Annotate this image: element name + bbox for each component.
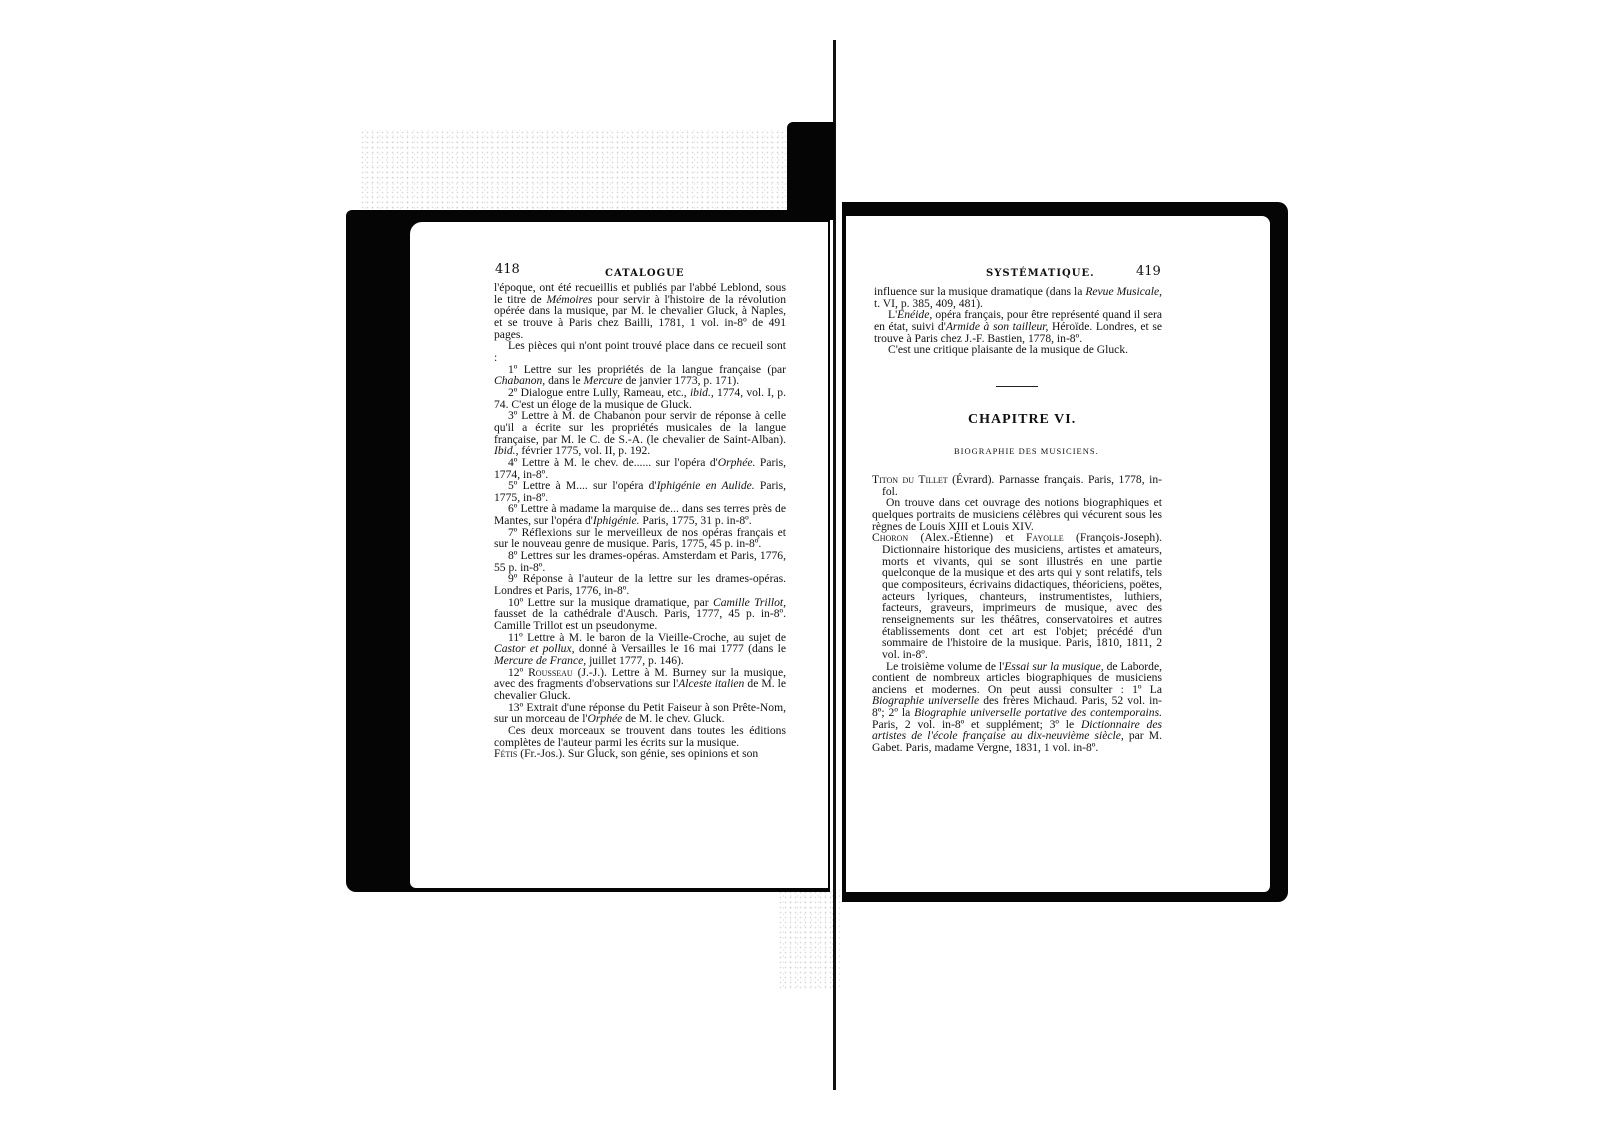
paragraph: C'est une critique plaisante de la musiq… <box>874 344 1162 356</box>
left-running-head: CATALOGUE <box>605 268 684 279</box>
paragraph: Le troisième volume de l'Essai sur la mu… <box>872 661 1162 754</box>
paragraph: 2º Dialogue entre Lully, Rameau, etc., i… <box>494 387 786 410</box>
paragraph: Fétis (Fr.-Jos.). Sur Gluck, son génie, … <box>494 748 786 760</box>
paragraph: 10º Lettre sur la musique dramatique, pa… <box>494 597 786 632</box>
paragraph: 6º Lettre à madame la marquise de... dan… <box>494 503 786 526</box>
paragraph: 11º Lettre à M. le baron de la Vieille-C… <box>494 632 786 667</box>
paragraph: Choron (Alex.-Étienne) et Fayolle (Franç… <box>872 532 1162 660</box>
paragraph: 12º Rousseau (J.-J.). Lettre à M. Burney… <box>494 667 786 702</box>
right-running-head: SYSTÉMATIQUE. <box>986 268 1095 279</box>
book-spine-top <box>787 122 835 220</box>
scan-noise-top <box>360 130 790 215</box>
paragraph: 5º Lettre à M.... sur l'opéra d'Iphigéni… <box>494 480 786 503</box>
paragraph: 4º Lettre à M. le chev. de...... sur l'o… <box>494 457 786 480</box>
left-page-body: l'époque, ont été recueillis et publiés … <box>494 282 786 760</box>
left-page-number: 418 <box>495 262 520 277</box>
paragraph: Titon du Tillet (Évrard). Parnasse franç… <box>872 474 1162 497</box>
paragraph: Les pièces qui n'ont point trouvé place … <box>494 340 786 363</box>
paragraph: influence sur la musique dramatique (dan… <box>874 286 1162 309</box>
paragraph: 8º Lettres sur les drames-opéras. Amster… <box>494 550 786 573</box>
paragraph: 13º Extrait d'une réponse du Petit Faise… <box>494 702 786 725</box>
paragraph: 1º Lettre sur les propriétés de la langu… <box>494 364 786 387</box>
paragraph: 7º Réflexions sur le merveilleux de nos … <box>494 527 786 550</box>
paragraph: Ces deux morceaux se trouvent dans toute… <box>494 725 786 748</box>
paragraph: On trouve dans cet ouvrage des notions b… <box>872 497 1162 532</box>
right-page-number: 419 <box>1136 264 1161 279</box>
right-page-body-bottom: Titon du Tillet (Évrard). Parnasse franç… <box>872 474 1162 754</box>
paragraph: 3º Lettre à M. de Chabanon pour servir d… <box>494 410 786 457</box>
paragraph: l'époque, ont été recueillis et publiés … <box>494 282 786 340</box>
left-page: 418 CATALOGUE l'époque, ont été recueill… <box>410 222 828 888</box>
section-rule <box>996 386 1038 387</box>
chapter-subtitle: BIOGRAPHIE DES MUSICIENS. <box>954 446 1099 456</box>
chapter-title: CHAPITRE VI. <box>968 412 1076 428</box>
paragraph: 9º Réponse à l'auteur de la lettre sur l… <box>494 573 786 596</box>
right-page-body-top: influence sur la musique dramatique (dan… <box>874 286 1162 356</box>
scan-noise-spine-tab <box>778 890 840 990</box>
paragraph: L'Enéide, opéra français, pour être repr… <box>874 309 1162 344</box>
right-page: SYSTÉMATIQUE. 419 influence sur la musiq… <box>846 216 1270 892</box>
